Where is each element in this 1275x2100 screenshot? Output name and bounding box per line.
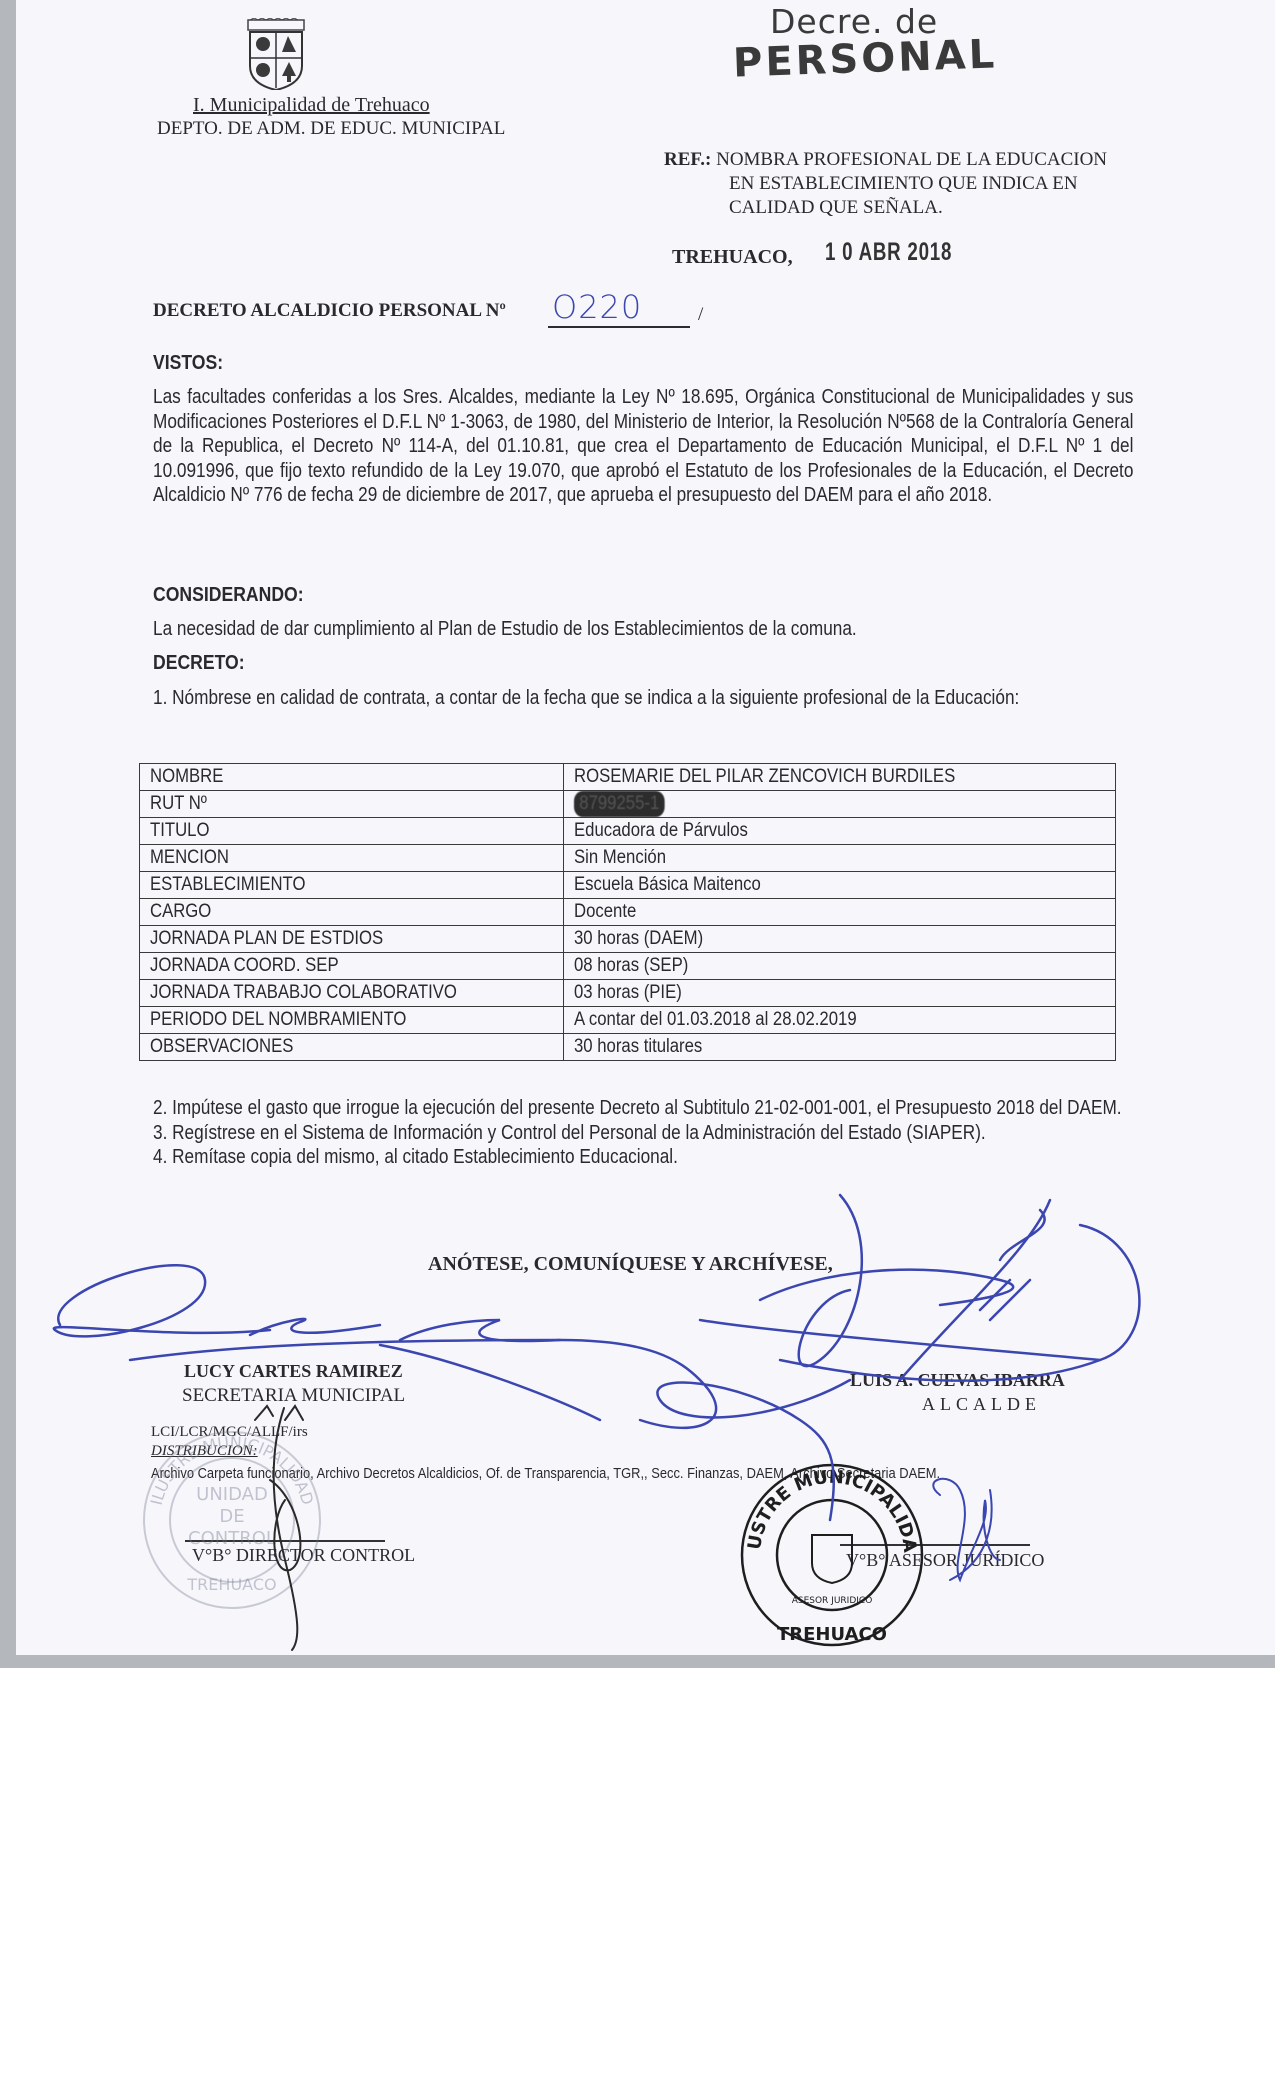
row-value: Educadora de Párvulos	[564, 818, 1116, 845]
decree-items: 2. Impútese el gasto que irrogue la ejec…	[153, 1096, 1133, 1170]
reference-line: NOMBRA PROFESIONAL DE LA EDUCACION	[716, 149, 1107, 170]
stamp-personal: PERSONAL	[732, 31, 998, 86]
table-row: PERIODO DEL NOMBRAMIENTOA contar del 01.…	[140, 1007, 1116, 1034]
coat-of-arms-icon	[242, 18, 310, 90]
signature-line	[840, 1544, 1030, 1546]
row-value: Sin Mención	[564, 845, 1116, 872]
row-value-text: Educadora de Párvulos	[574, 818, 748, 844]
table-row: TITULOEducadora de Párvulos	[140, 818, 1116, 845]
row-label: OBSERVACIONES	[140, 1034, 564, 1061]
mayor-role: ALCALDE	[922, 1394, 1041, 1415]
row-label-text: JORNADA PLAN DE ESTDIOS	[150, 926, 383, 952]
row-value-text: 30 horas titulares	[574, 1034, 702, 1060]
row-value: ROSEMARIE DEL PILAR ZENCOVICH BURDILES	[564, 764, 1116, 791]
row-label: JORNADA PLAN DE ESTDIOS	[140, 926, 564, 953]
vb-director-control: V°B° DIRECTOR CONTROL	[192, 1545, 415, 1566]
row-value-text: Escuela Básica Maitenco	[574, 872, 761, 898]
row-value-text: A contar del 01.03.2018 al 28.02.2019	[574, 1007, 857, 1033]
row-value: 30 horas titulares	[564, 1034, 1116, 1061]
decree-item-1: 1. Nómbrese en calidad de contrata, a co…	[153, 686, 1157, 711]
table-row: OBSERVACIONES30 horas titulares	[140, 1034, 1116, 1061]
place: TREHUACO,	[672, 246, 793, 269]
signature-line	[185, 1540, 385, 1542]
decree-item-4: 4. Remítase copia del mismo, al citado E…	[153, 1145, 1133, 1170]
row-label-text: RUT Nº	[150, 791, 207, 817]
row-label: CARGO	[140, 899, 564, 926]
decree-item-3: 3. Regístrese en el Sistema de Informaci…	[153, 1121, 1133, 1146]
row-label: MENCION	[140, 845, 564, 872]
table-row: CARGODocente	[140, 899, 1116, 926]
table-row: MENCIONSin Mención	[140, 845, 1116, 872]
table-row: JORNADA PLAN DE ESTDIOS30 horas (DAEM)	[140, 926, 1116, 953]
vistos-heading: VISTOS:	[153, 352, 223, 375]
closing-formula: ANÓTESE, COMUNÍQUESE Y ARCHÍVESE,	[428, 1253, 833, 1276]
considerando-body: La necesidad de dar cumplimiento al Plan…	[153, 617, 857, 642]
appointment-table: NOMBREROSEMARIE DEL PILAR ZENCOVICH BURD…	[139, 763, 1116, 1061]
row-label-text: OBSERVACIONES	[150, 1034, 293, 1060]
mayor-name: LUIS A. CUEVAS IBARRA	[850, 1370, 1065, 1391]
reference-line: EN ESTABLECIMIENTO QUE INDICA EN	[664, 172, 1107, 196]
vistos-body: Las facultades conferidas a los Sres. Al…	[153, 385, 1133, 508]
row-value-text: Docente	[574, 899, 636, 925]
secretary-role: SECRETARIA MUNICIPAL	[182, 1385, 405, 1407]
table-row: RUT Nº8799255-1	[140, 791, 1116, 818]
row-label-text: PERIODO DEL NOMBRAMIENTO	[150, 1007, 406, 1033]
row-label-text: MENCION	[150, 845, 229, 871]
row-label: JORNADA COORD. SEP	[140, 953, 564, 980]
reference-block: REF.: NOMBRA PROFESIONAL DE LA EDUCACION…	[664, 148, 1107, 220]
row-value: Docente	[564, 899, 1116, 926]
table-row: ESTABLECIMIENTOEscuela Básica Maitenco	[140, 872, 1116, 899]
row-value: 30 horas (DAEM)	[564, 926, 1116, 953]
row-value-text: Sin Mención	[574, 845, 666, 871]
row-label-text: TITULO	[150, 818, 209, 844]
decree-number: O220	[552, 288, 642, 326]
row-value: 08 horas (SEP)	[564, 953, 1116, 980]
typist-initials: LCI/LCR/MGC/ALLF/irs	[151, 1424, 308, 1441]
row-value: 8799255-1	[564, 791, 1116, 818]
row-value: A contar del 01.03.2018 al 28.02.2019	[564, 1007, 1116, 1034]
row-value-text: 30 horas (DAEM)	[574, 926, 703, 952]
municipality-name: I. Municipalidad de Trehuaco	[193, 94, 430, 117]
row-label-text: JORNADA TRABABJO COLABORATIVO	[150, 980, 457, 1006]
row-value-text: 03 horas (PIE)	[574, 980, 682, 1006]
vb-asesor-juridico: V°B° ASESOR JURÍDICO	[846, 1550, 1044, 1571]
date-stamp: 1 0 ABR 2018	[825, 238, 952, 267]
row-label: NOMBRE	[140, 764, 564, 791]
row-label-text: JORNADA COORD. SEP	[150, 953, 339, 979]
department-name: DEPTO. DE ADM. DE EDUC. MUNICIPAL	[157, 118, 505, 140]
row-label-text: ESTABLECIMIENTO	[150, 872, 305, 898]
decree-slash: /	[698, 304, 703, 326]
row-label: RUT Nº	[140, 791, 564, 818]
secretary-name: LUCY CARTES RAMIREZ	[184, 1361, 403, 1382]
row-label: PERIODO DEL NOMBRAMIENTO	[140, 1007, 564, 1034]
considerando-heading: CONSIDERANDO:	[153, 584, 304, 607]
table-row: NOMBREROSEMARIE DEL PILAR ZENCOVICH BURD…	[140, 764, 1116, 791]
decree-title: DECRETO ALCALDICIO PERSONAL Nº	[153, 300, 506, 322]
row-label: ESTABLECIMIENTO	[140, 872, 564, 899]
row-value: Escuela Básica Maitenco	[564, 872, 1116, 899]
decreto-heading: DECRETO:	[153, 652, 245, 675]
reference-label: REF.:	[664, 149, 711, 170]
row-label-text: NOMBRE	[150, 764, 223, 790]
row-value: 03 horas (PIE)	[564, 980, 1116, 1007]
row-value-text: 08 horas (SEP)	[574, 953, 688, 979]
decree-number-underline	[548, 326, 690, 328]
row-value-text: ROSEMARIE DEL PILAR ZENCOVICH BURDILES	[574, 764, 955, 790]
distribution-list: Archivo Carpeta funcionario, Archivo Dec…	[151, 1465, 940, 1482]
reference-line: CALIDAD QUE SEÑALA.	[664, 196, 1107, 220]
decree-item-2: 2. Impútese el gasto que irrogue la ejec…	[153, 1096, 1133, 1121]
redacted-value: 8799255-1	[574, 791, 665, 817]
row-label: TITULO	[140, 818, 564, 845]
distribution-heading: DISTRIBUCION:	[151, 1443, 258, 1460]
table-row: JORNADA COORD. SEP08 horas (SEP)	[140, 953, 1116, 980]
table-row: JORNADA TRABABJO COLABORATIVO03 horas (P…	[140, 980, 1116, 1007]
row-label: JORNADA TRABABJO COLABORATIVO	[140, 980, 564, 1007]
row-label-text: CARGO	[150, 899, 211, 925]
